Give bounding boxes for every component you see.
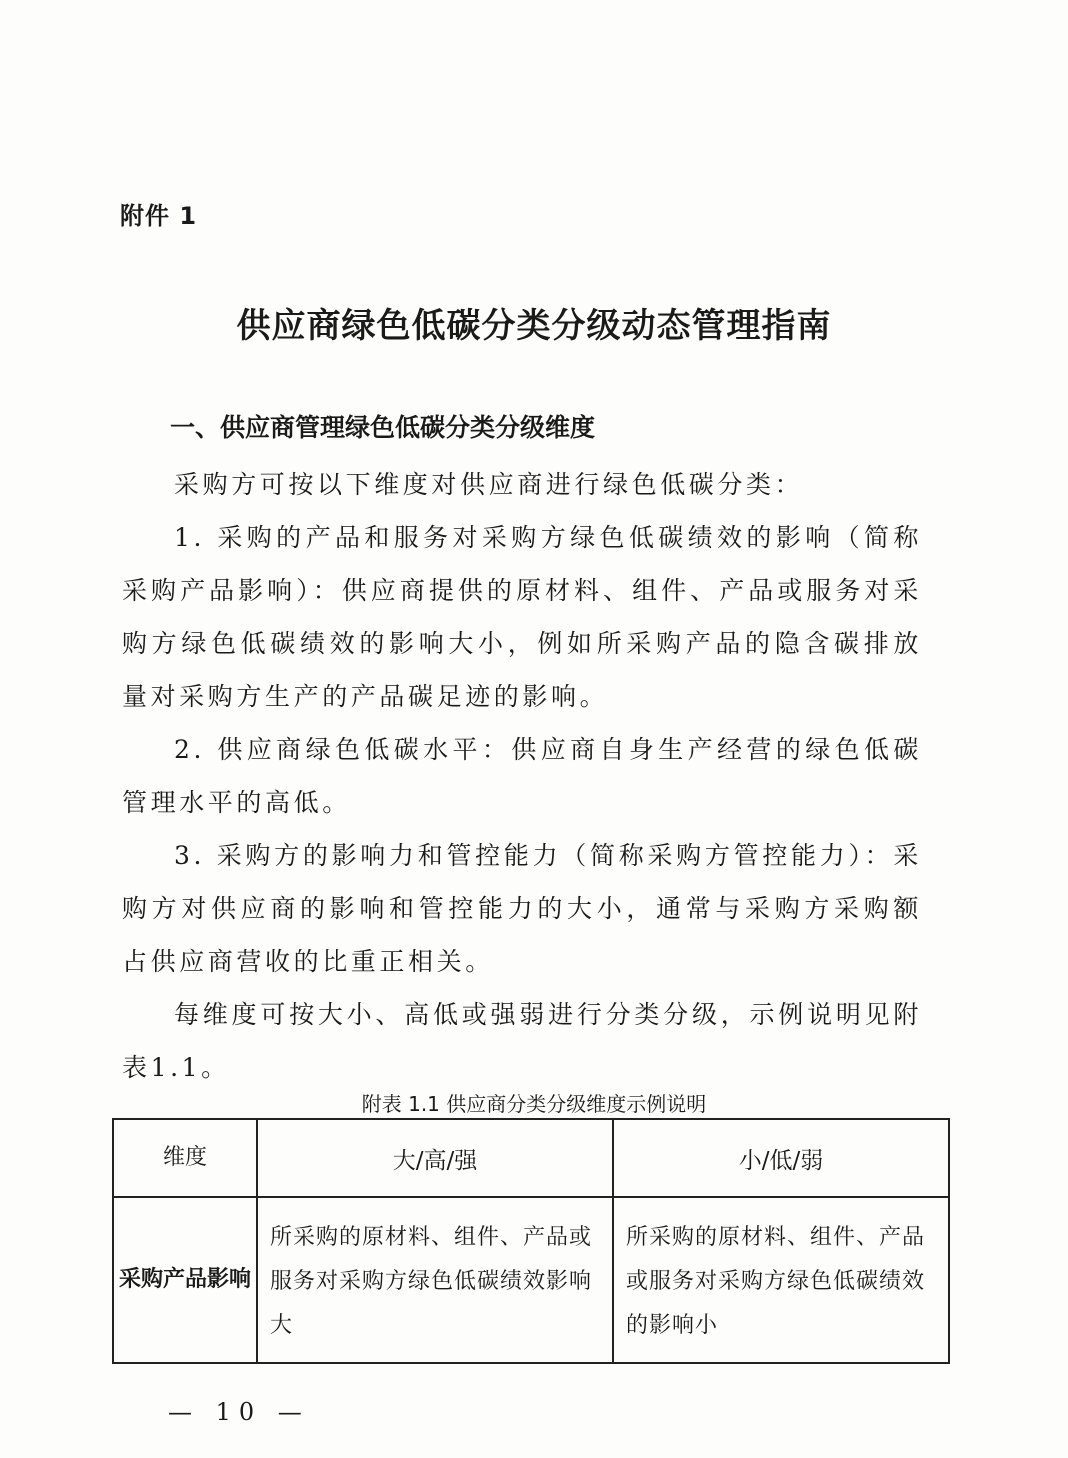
- item-2-paragraph: 2. 供应商绿色低碳水平：供应商自身生产经营的绿色低碳管理水平的高低。: [122, 723, 922, 829]
- table-row: 采购产品影响 所采购的原材料、组件、产品或服务对采购方绿色低碳绩效影响大 所采购…: [113, 1197, 949, 1363]
- closing-paragraph: 每维度可按大小、高低或强弱进行分类分级，示例说明见附表1.1。: [122, 988, 922, 1094]
- row-dimension: 采购产品影响: [113, 1197, 257, 1363]
- table-caption: 附表 1.1 供应商分类分级维度示例说明: [0, 1088, 1068, 1117]
- header-low: 小/低/弱: [613, 1119, 949, 1197]
- intro-paragraph: 采购方可按以下维度对供应商进行绿色低碳分类：: [122, 458, 922, 511]
- header-dimension: 维度: [113, 1119, 257, 1197]
- section-heading: 一、供应商管理绿色低碳分类分级维度: [170, 408, 595, 444]
- table-header-row: 维度 大/高/强 小/低/弱: [113, 1119, 949, 1197]
- header-high: 大/高/强: [257, 1119, 613, 1197]
- row-low: 所采购的原材料、组件、产品或服务对采购方绿色低碳绩效的影响小: [613, 1197, 949, 1363]
- attachment-label: 附件 1: [120, 196, 197, 231]
- document-title: 供应商绿色低碳分类分级动态管理指南: [0, 298, 1068, 347]
- item-3-paragraph: 3. 采购方的影响力和管控能力（简称采购方管控能力）：采购方对供应商的影响和管控…: [122, 829, 922, 988]
- dimension-table: 维度 大/高/强 小/低/弱 采购产品影响 所采购的原材料、组件、产品或服务对采…: [112, 1118, 950, 1364]
- item-1-paragraph: 1. 采购的产品和服务对采购方绿色低碳绩效的影响（简称采购产品影响）：供应商提供…: [122, 511, 922, 723]
- row-high: 所采购的原材料、组件、产品或服务对采购方绿色低碳绩效影响大: [257, 1197, 613, 1363]
- page-number: — 10 —: [168, 1398, 310, 1426]
